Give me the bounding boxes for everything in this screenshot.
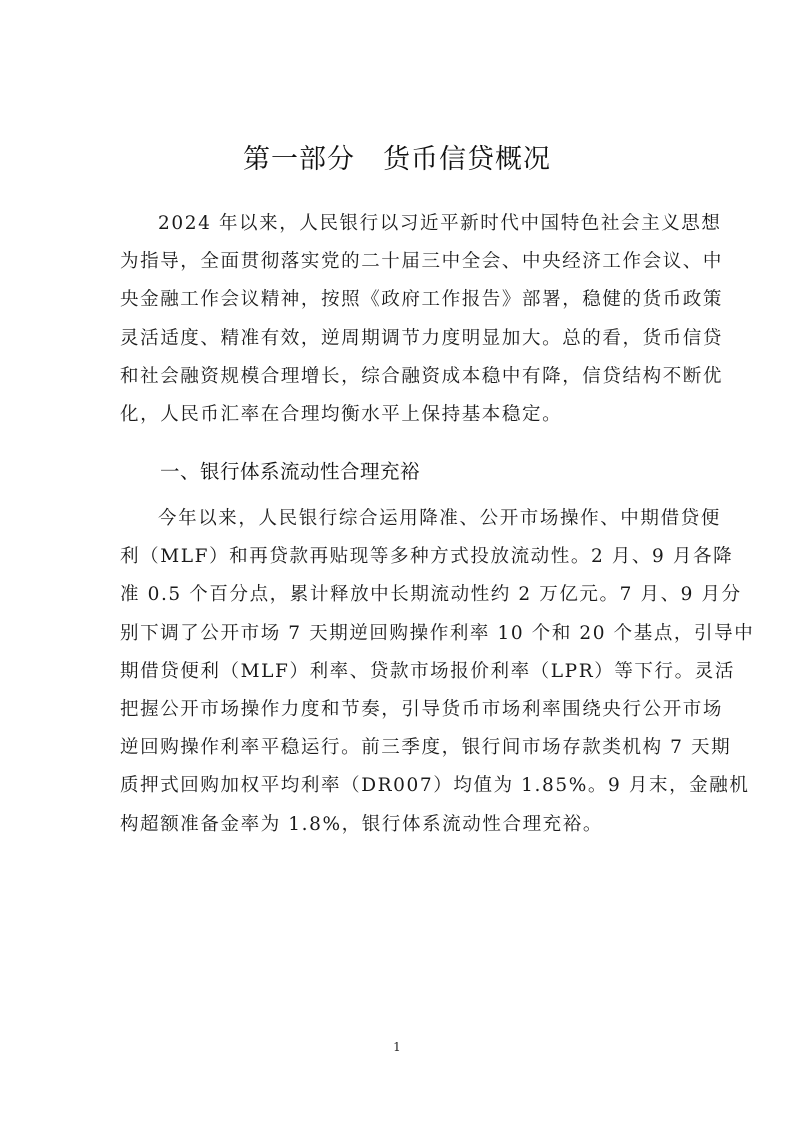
paragraph-line: 2024 年以来，人民银行以习近平新时代中国特色社会主义思想 [120,205,676,243]
paragraph-line: 准 0.5 个百分点，累计释放中长期流动性约 2 万亿元。7 月、9 月分 [120,576,676,614]
paragraph-line: 和社会融资规模合理增长，综合融资成本稳中有降，信贷结构不断优 [120,358,676,396]
paragraph-line: 为指导，全面贯彻落实党的二十届三中全会、中央经济工作会议、中 [120,243,676,281]
paragraph-line: 央金融工作会议精神，按照《政府工作报告》部署，稳健的货币政策 [120,281,676,319]
paragraph-line: 今年以来，人民银行综合运用降准、公开市场操作、中期借贷便 [120,500,676,538]
paragraph-line: 别下调了公开市场 7 天期逆回购操作利率 10 个和 20 个基点，引导中 [120,615,676,653]
paragraph-line: 构超额准备金率为 1.8%，银行体系流动性合理充裕。 [120,806,676,844]
section-heading: 一、银行体系流动性合理充裕 [160,453,420,491]
intro-paragraph: 2024 年以来，人民银行以习近平新时代中国特色社会主义思想 为指导，全面贯彻落… [120,205,676,434]
paragraph-line: 化，人民币汇率在合理均衡水平上保持基本稳定。 [120,396,676,434]
paragraph-line: 把握公开市场操作力度和节奏，引导货币市场利率围绕央行公开市场 [120,691,676,729]
paragraph-line: 期借贷便利（MLF）利率、贷款市场报价利率（LPR）等下行。灵活 [120,653,676,691]
paragraph-line: 利（MLF）和再贷款再贴现等多种方式投放流动性。2 月、9 月各降 [120,538,676,576]
page-number: 1 [0,1040,794,1054]
document-page: 第一部分 货币信贷概况 2024 年以来，人民银行以习近平新时代中国特色社会主义… [0,0,794,1123]
liquidity-paragraph: 今年以来，人民银行综合运用降准、公开市场操作、中期借贷便 利（MLF）和再贷款再… [120,500,676,844]
paragraph-line: 质押式回购加权平均利率（DR007）均值为 1.85%。9 月末，金融机 [120,767,676,805]
page-title: 第一部分 货币信贷概况 [0,140,794,180]
paragraph-line: 灵活适度、精准有效，逆周期调节力度明显加大。总的看，货币信贷 [120,320,676,358]
paragraph-line: 逆回购操作利率平稳运行。前三季度，银行间市场存款类机构 7 天期 [120,729,676,767]
